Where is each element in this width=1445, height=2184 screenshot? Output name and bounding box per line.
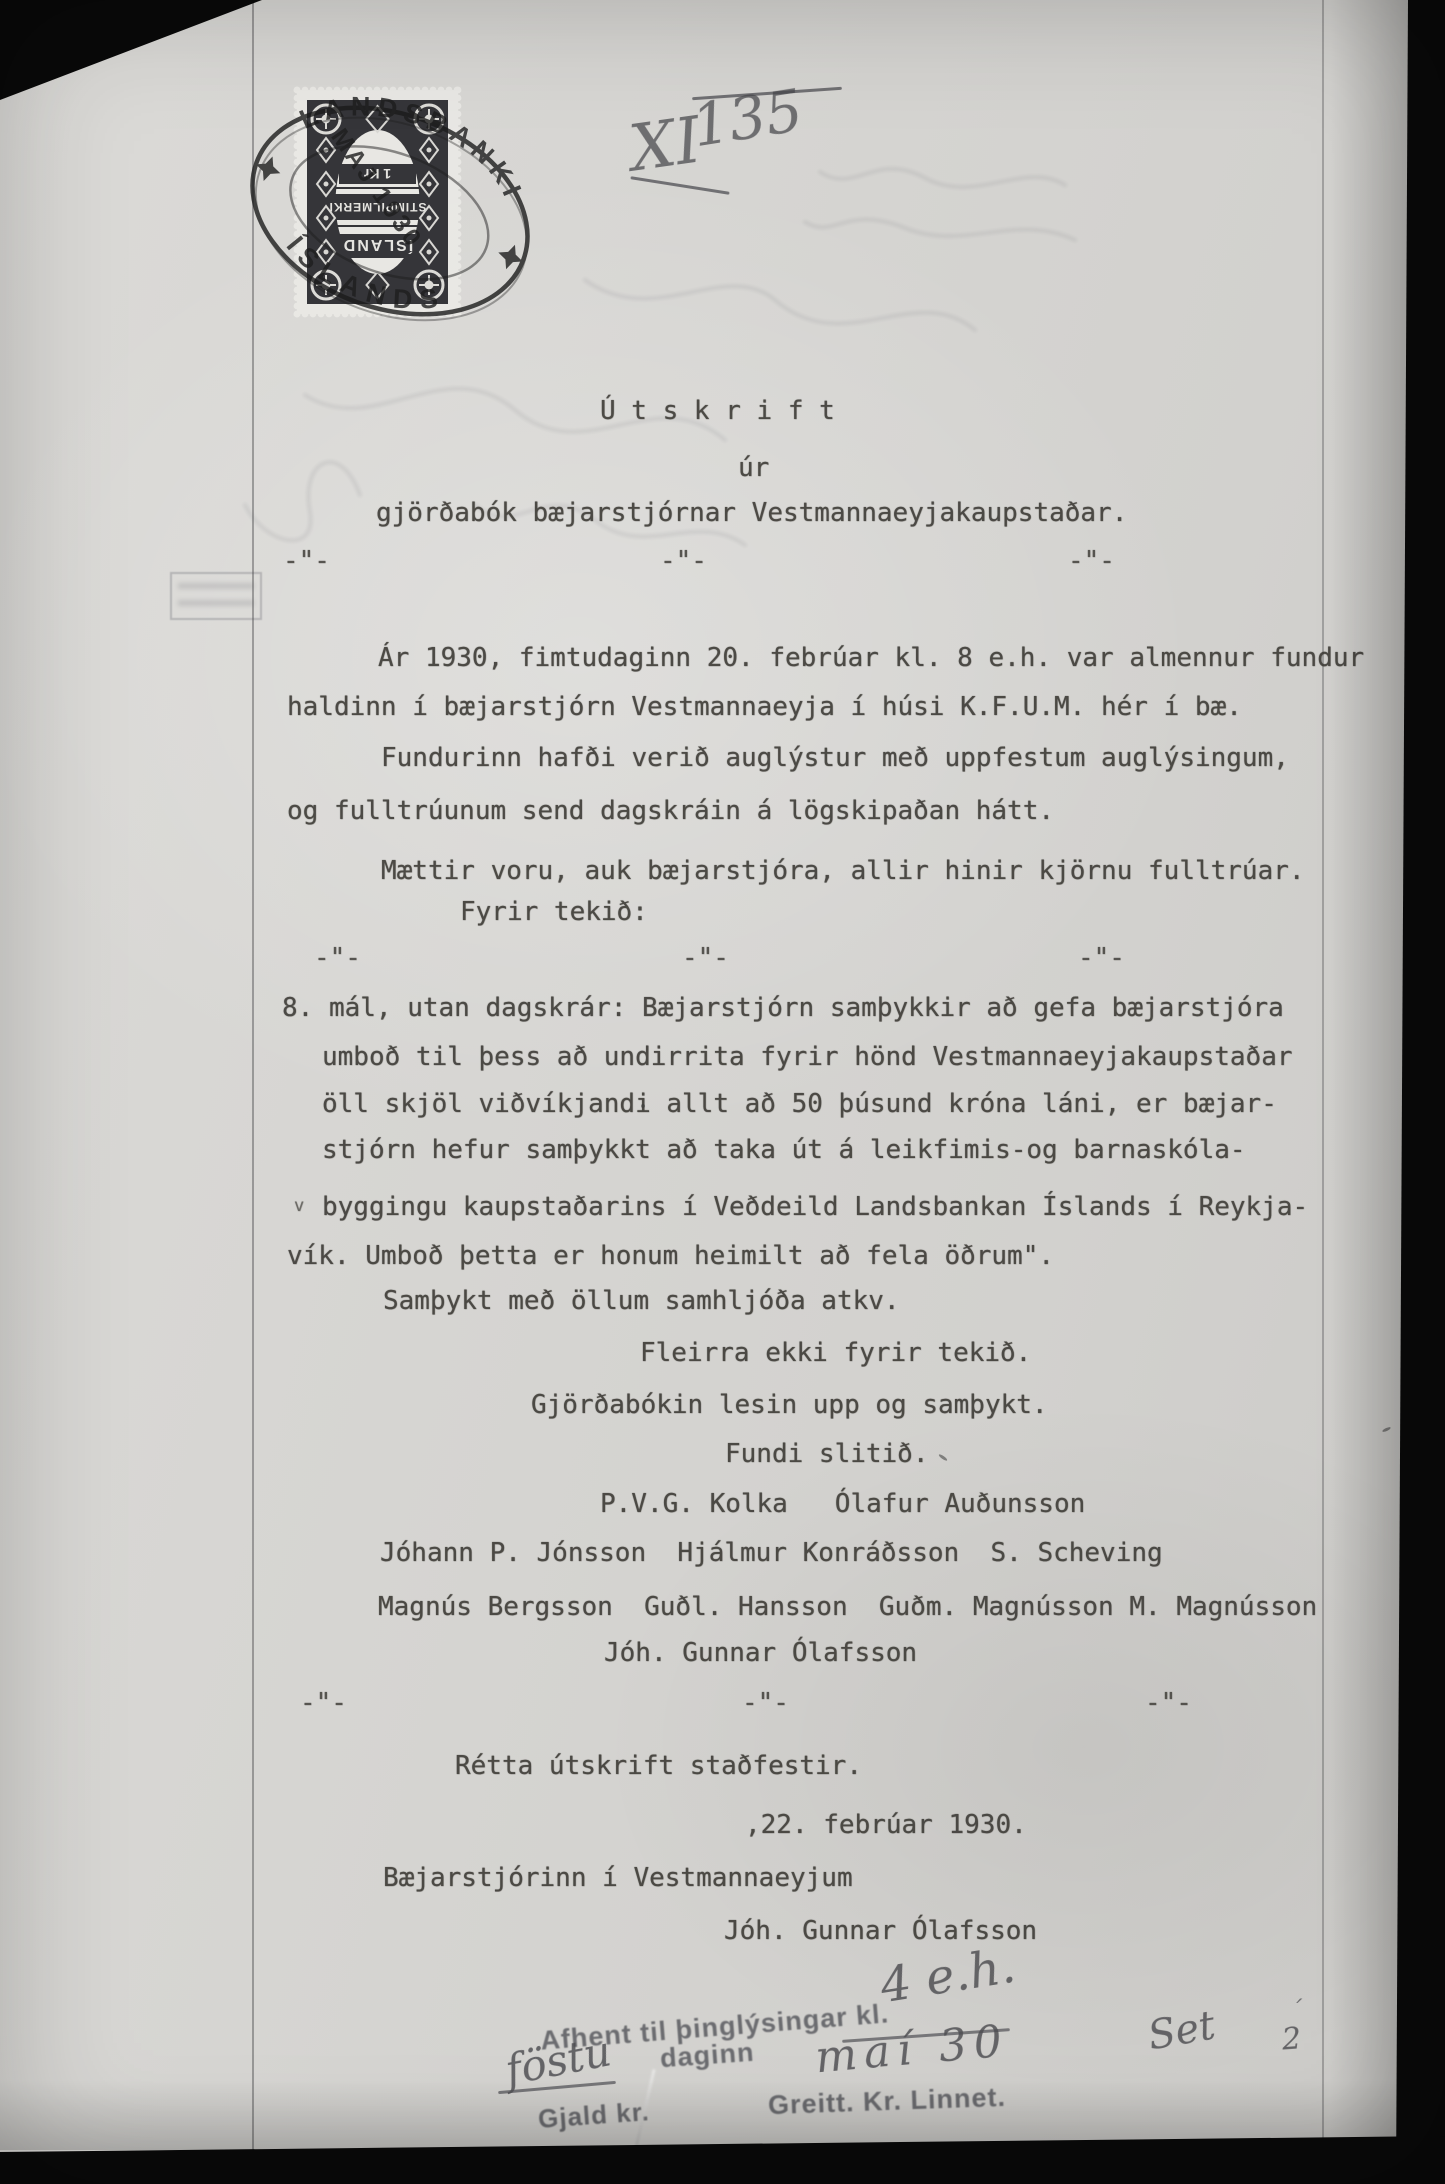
cancel-date-text: MAJ 1930 — [325, 123, 428, 253]
typed-line: úr — [738, 455, 769, 481]
typed-line: Fyrir tekið: — [460, 899, 648, 925]
typed-text-layer: Ú t s k r i f túrgjörðabók bæjarstjórnar… — [0, 0, 1445, 2184]
typed-line: Fleirra ekki fyrir tekið. — [640, 1340, 1031, 1366]
typed-line: 8. mál, utan dagskrár: Bæjarstjórn samþy… — [282, 995, 1284, 1021]
typed-separator: -"- — [1078, 945, 1125, 971]
typed-line: Bæjarstjórinn í Vestmannaeyjum — [383, 1865, 853, 1891]
typed-line: og fulltrúunum send dagskráin á lögskipa… — [287, 798, 1054, 824]
typed-separator: -"- — [682, 945, 729, 971]
typed-separator: -"- — [283, 548, 330, 574]
typed-separator: -"- — [1145, 1690, 1192, 1716]
typed-line: Magnús Bergsson Guðl. Hansson Guðm. Magn… — [378, 1594, 1317, 1620]
ink-speck — [641, 1104, 645, 1108]
typed-line: Gjörðabókin lesin upp og samþykt. — [531, 1392, 1048, 1418]
daginn-stamp-text: daginn — [659, 2037, 755, 2075]
typed-separator: -"- — [1068, 548, 1115, 574]
typed-line: Jóhann P. Jónsson Hjálmur Konráðsson S. … — [380, 1540, 1163, 1566]
typed-line: Jóh. Gunnar Ólafsson — [604, 1640, 917, 1666]
page-accent-mark: ´ — [1290, 1996, 1302, 2024]
typed-line: gjörðabók bæjarstjórnar Vestmannaeyjakau… — [376, 500, 1127, 526]
typed-line: Fundi slitið. — [725, 1441, 929, 1467]
scanned-document-photo: Ú t s k r i f túrgjörðabók bæjarstjórnar… — [0, 0, 1445, 2184]
typed-line: Samþykt með öllum samhljóða atkv. — [383, 1288, 900, 1314]
typed-line: Ú t s k r i f t — [600, 398, 835, 424]
typed-separator: -"- — [314, 945, 361, 971]
typed-separator: -"- — [660, 548, 707, 574]
typed-line: v — [294, 1198, 304, 1215]
page-number-handwritten: 2 — [1281, 2021, 1302, 2057]
typed-line: ,22. febrúar 1930. — [745, 1812, 1027, 1838]
cancel-arc-top-text: LANDSBANKI — [288, 91, 547, 213]
typed-line: stjórn hefur samþykkt að taka út á leikf… — [322, 1137, 1246, 1163]
typed-line: byggingu kaupstaðarins í Veðdeild Landsb… — [322, 1194, 1308, 1220]
cancellation-stamp: LANDSBANKI ÍSLANDS MAJ 1930 — [230, 91, 560, 341]
typed-line: haldinn í bæjarstjórn Vestmannaeyja í hú… — [287, 694, 1242, 720]
typed-line: Rétta útskrift staðfestir. — [455, 1753, 862, 1779]
typed-line: vík. Umboð þetta er honum heimilt að fel… — [287, 1243, 1054, 1269]
typed-line: P.V.G. Kolka Ólafur Auðunsson — [600, 1491, 1085, 1517]
typed-line: Fundurinn hafði verið auglýstur með uppf… — [381, 745, 1289, 771]
typed-line: öll skjöl viðvíkjandi allt að 50 þúsund … — [322, 1091, 1277, 1117]
typed-separator: -"- — [742, 1690, 789, 1716]
typed-separator: -"- — [300, 1690, 347, 1716]
typed-line: Mættir voru, auk bæjarstjóra, allir hini… — [381, 858, 1305, 884]
typed-line: Ár 1930, fimtudaginn 20. febrúar kl. 8 e… — [378, 645, 1364, 671]
svg-text:LANDSBANKI: LANDSBANKI — [288, 91, 547, 213]
typed-line: umboð til þess að undirrita fyrir hönd V… — [322, 1044, 1293, 1070]
